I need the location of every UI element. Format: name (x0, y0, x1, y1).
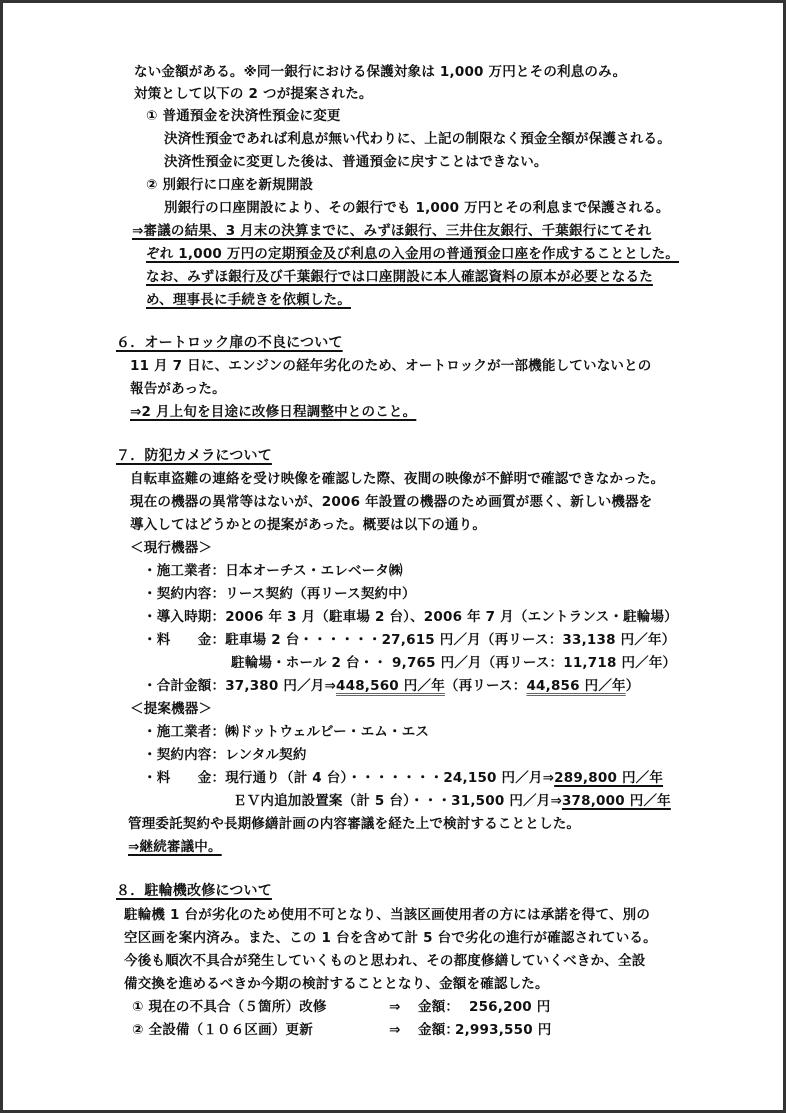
result-line: め、理事長に手続きを依頼した。 (146, 290, 351, 310)
spec-line: ・導入時期：2006 年 3 月（駐車場 2 台）、2006 年 7 月（エント… (143, 607, 678, 627)
option-title: ② 別銀行に口座を新規開設 (146, 175, 313, 195)
section-heading: ６．オートロック扉の不良について (116, 333, 343, 353)
spec-line: ・契約内容：リース契約（再リース契約中） (143, 584, 416, 604)
fee-year: 378,000 円／年 (562, 793, 671, 809)
fee-prefix: ・料 金：現行通り（計 4 台）・・・・・・・24,150 円／月⇒ (143, 770, 554, 786)
fee-line: ＥＶ内追加設置案（計 5 台）・・・31,500 円／月⇒378,000 円／年 (233, 791, 671, 811)
spec-line: ・施工業者：㈱ドットウェルビー・エム・エス (143, 722, 429, 742)
result-line: ⇒2 月上旬を目途に改修日程調整中とのこと。 (130, 402, 416, 422)
total-relet: 44,856 円／年 (526, 678, 625, 694)
subsection-label: ＜現行機器＞ (130, 538, 212, 558)
text-line: 決済性預金に変更した後は、普通預金に戻すことはできない。 (164, 152, 548, 172)
text-line: 別銀行の口座開設により、その銀行でも 1,000 万円とその利息まで保護される。 (164, 198, 670, 218)
text-line: 空区画を案内済み。また、この 1 台を含めて計 5 台で劣化の進行が確認されてい… (124, 928, 657, 948)
option-title: ① 普通預金を決済性預金に変更 (146, 106, 341, 126)
spec-line: 駐輪場・ホール 2 台・・ 9,765 円／月（再リース：11,718 円／年） (231, 653, 676, 673)
text-line: ない金額がある。※同一銀行における保護対象は 1,000 万円とその利息のみ。 (134, 62, 626, 82)
cost-item-label: ① 現在の不具合（５箇所）改修 (132, 997, 327, 1017)
text-line: 自転車盗難の連絡を受け映像を確認した際、夜間の映像が不鮮明で確認できなかった。 (130, 469, 664, 489)
text-line: 現在の機器の異常等はないが、2006 年設置の機器のため画質が悪く、新しい機器を (130, 492, 653, 512)
result-line: なお、みずほ銀行及び千葉銀行では口座開設に本人確認資料の原本が必要となるた (146, 267, 653, 287)
result-line: ⇒継続審議中。 (128, 837, 222, 857)
amount-label: 金額： (418, 997, 459, 1017)
result-line: ぞれ 1,000 万円の定期預金及び利息の入金用の普通預金口座を作成することとし… (146, 244, 679, 264)
text-line: 対策として以下の 2 つが提案された。 (134, 84, 373, 104)
total-line: ・合計金額：37,380 円／月⇒448,560 円／年（再リース：44,856… (143, 676, 639, 696)
subsection-label: ＜提案機器＞ (130, 699, 212, 719)
text-line: 11 月 7 日に、エンジンの経年劣化のため、オートロックが一部機能していないと… (130, 356, 652, 376)
total-mid: （再リース： (445, 678, 527, 694)
result-line: ⇒審議の結果、3 月末の決算までに、みずほ銀行、三井住友銀行、千葉銀行にてそれ (132, 221, 651, 241)
section-heading: ８．駐輪機改修について (116, 881, 272, 901)
spec-line: ・施工業者：日本オーチス・エレベータ㈱ (143, 561, 403, 581)
amount-value: 2,993,550 円 (455, 1020, 551, 1040)
section-heading: ７．防犯カメラについて (116, 446, 272, 466)
text-line: 管理委託契約や長期修繕計画の内容審議を経た上で検討することとした。 (128, 814, 580, 834)
text-line: 駐輪機 1 台が劣化のため使用不可となり、当該区画使用者の方には承諾を得て、別の (124, 905, 650, 925)
total-year: 448,560 円／年 (336, 678, 445, 694)
total-end: ） (626, 678, 640, 694)
total-prefix: ・合計金額：37,380 円／月⇒ (143, 678, 336, 694)
text-line: 決済性預金であれば利息が無い代わりに、上記の制限なく預金全額が保護される。 (164, 129, 671, 149)
amount-label: 金額： (418, 1020, 459, 1040)
text-line: 今後も順次不具合が発生していくものと思われ、その都度修繕していくべきか、全設 (124, 951, 645, 971)
cost-item-label: ② 全設備（１０６区画）更新 (132, 1020, 313, 1040)
arrow-icon: ⇒ (389, 997, 401, 1017)
spec-line: ・料 金：駐車場 2 台・・・・・・27,615 円／月（再リース：33,138… (143, 630, 675, 650)
amount-value: 256,200 円 (469, 997, 551, 1017)
fee-year: 289,800 円／年 (554, 770, 663, 786)
text-line: 報告があった。 (130, 379, 226, 399)
text-line: 導入してはどうかとの提案があった。概要は以下の通り。 (130, 515, 486, 535)
fee-line: ・料 金：現行通り（計 4 台）・・・・・・・24,150 円／月⇒289,80… (143, 768, 663, 788)
text-line: 備交換を進めるべきか今期の検討することとなり、金額を確認した。 (124, 974, 549, 994)
spec-line: ・契約内容：レンタル契約 (143, 745, 307, 765)
fee-prefix: ＥＶ内追加設置案（計 5 台）・・・31,500 円／月⇒ (233, 793, 562, 809)
arrow-icon: ⇒ (389, 1020, 401, 1040)
